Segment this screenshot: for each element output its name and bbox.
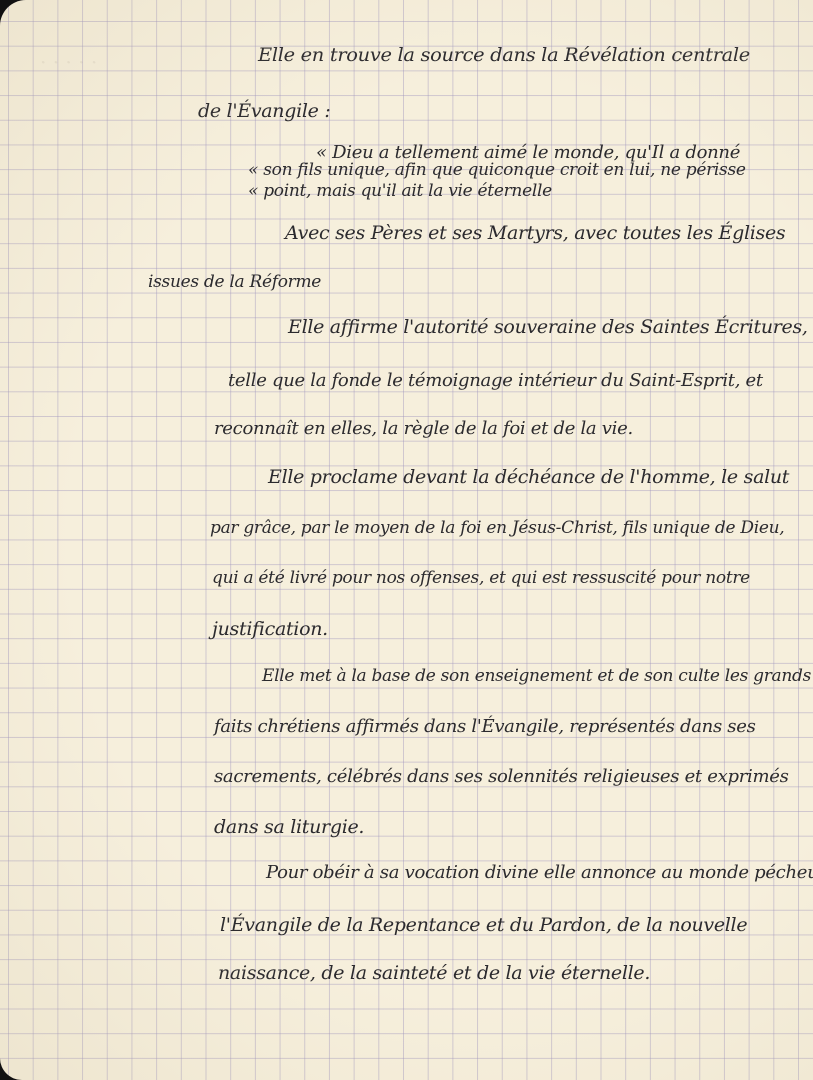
text-line-17: sacrements, célébrés dans ses solennités… [214, 766, 789, 787]
notebook-page: · · · · · Elle en trouve la source dans … [0, 0, 813, 1080]
text-line-2: de l'Évangile : [198, 100, 330, 122]
text-line-21: naissance, de la sainteté et de la vie é… [218, 962, 650, 984]
text-line-11: Elle proclame devant la déchéance de l'h… [268, 466, 789, 488]
text-line-8: Elle affirme l'autorité souveraine des S… [288, 316, 808, 338]
text-line-20: l'Évangile de la Repentance et du Pardon… [220, 914, 747, 936]
text-line-12: par grâce, par le moyen de la foi en Jés… [210, 518, 784, 538]
text-line-18: dans sa liturgie. [214, 816, 364, 838]
text-line-9: telle que la fonde le témoignage intérie… [228, 370, 763, 391]
text-line-6: Avec ses Pères et ses Martyrs, avec tout… [285, 222, 785, 244]
text-line-13: qui a été livré pour nos offenses, et qu… [212, 568, 750, 588]
text-line-5: « point, mais qu'il ait la vie éternelle [248, 181, 552, 201]
bleed-through-text: · · · · · [40, 50, 97, 74]
text-line-14: justification. [212, 618, 328, 640]
text-line-10: reconnaît en elles, la règle de la foi e… [214, 418, 633, 439]
text-line-16: faits chrétiens affirmés dans l'Évangile… [214, 716, 756, 737]
text-line-15: Elle met à la base de son enseignement e… [262, 666, 811, 686]
text-line-1: Elle en trouve la source dans la Révélat… [258, 44, 750, 66]
text-line-7: issues de la Réforme [148, 272, 321, 292]
text-line-4: « son fils unique, afin que quiconque cr… [248, 160, 746, 180]
text-line-19: Pour obéir à sa vocation divine elle ann… [266, 862, 813, 883]
